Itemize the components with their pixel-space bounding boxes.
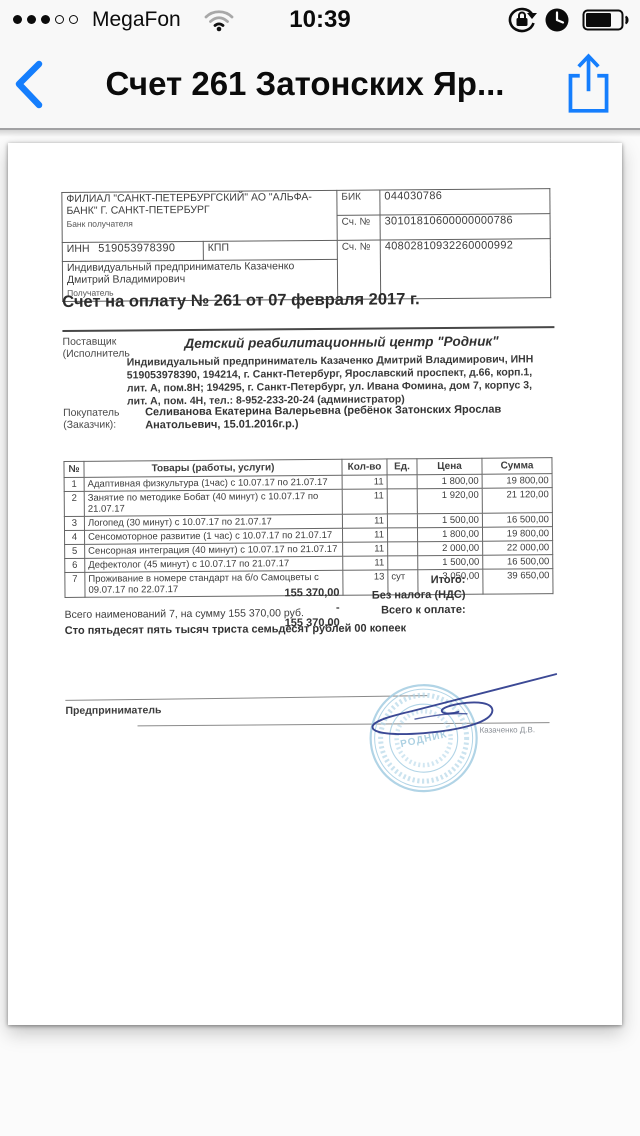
inn-label: ИНН — [67, 243, 90, 255]
table-cell: 1 800,00 — [417, 474, 482, 489]
table-cell: 11 — [343, 542, 388, 556]
col-header: Сумма — [482, 458, 552, 475]
table-cell — [387, 514, 417, 528]
nds-label: Без налога (НДС) — [265, 589, 465, 603]
col-header: Ед. — [387, 459, 417, 475]
table-cell — [387, 475, 417, 489]
table-cell: 11 — [342, 489, 387, 514]
buyer-name: Селиванова Екатерина Валерьевна (ребёнок… — [145, 403, 559, 432]
amount-in-words: Сто пятьдесят пять тысяч триста семьдеся… — [65, 622, 406, 637]
kpp-label: КПП — [203, 240, 337, 260]
phone-screen: MegaFon 10:39 Счет 261 Затонских Я — [0, 0, 640, 1136]
table-cell: 3 — [64, 516, 84, 530]
table-cell: 11 — [342, 514, 387, 528]
back-button[interactable] — [12, 60, 46, 110]
recipient-name: Индивидуальный предприниматель Казаченко… — [67, 261, 333, 286]
share-icon[interactable] — [562, 51, 614, 117]
bank-name-label: Банк получателя — [67, 217, 333, 231]
document-viewer[interactable]: ФИЛИАЛ "САНКТ-ПЕТЕРБУРГСКИЙ" АО "АЛЬФА-Б… — [0, 130, 640, 1136]
page-title: Счет 261 Затонских Яр... — [60, 65, 550, 103]
bank-name: ФИЛИАЛ "САНКТ-ПЕТЕРБУРГСКИЙ" АО "АЛЬФА-Б… — [66, 192, 332, 217]
inn-cell: ИНН 519053978390 — [62, 241, 203, 261]
table-cell: 11 — [342, 528, 387, 542]
bik-value: 044030786 — [380, 189, 550, 215]
corr-account-label: Сч. № — [337, 215, 380, 240]
table-cell: 1 — [64, 477, 84, 491]
status-bar: MegaFon 10:39 — [0, 0, 640, 40]
table-cell: 11 — [343, 556, 388, 570]
table-cell — [387, 489, 417, 514]
table-cell: 1 500,00 — [417, 513, 482, 528]
invoice-title: Счет на оплату № 261 от 07 февраля 2017 … — [62, 290, 420, 312]
table-cell: 19 800,00 — [482, 527, 552, 542]
alarm-clock-icon — [544, 7, 570, 33]
table-cell — [387, 528, 417, 542]
itogo-label: Итого: — [265, 574, 465, 588]
table-cell — [388, 542, 418, 556]
table-cell: 1 500,00 — [418, 555, 483, 570]
navbar-shadow — [0, 130, 640, 137]
table-cell: 5 — [65, 544, 85, 558]
table-row: 2 Занятие по методике Бобат (40 минут) с… — [64, 488, 552, 517]
divider-rule — [62, 326, 554, 332]
supplier-label: Поставщик (Исполнитель — [62, 335, 129, 360]
table-cell: 22 000,00 — [483, 541, 553, 556]
col-header: Кол-во — [342, 459, 387, 475]
navigation-bar: Счет 261 Затонских Яр... — [0, 40, 640, 130]
table-cell: Занятие по методике Бобат (40 минут) с 1… — [84, 489, 342, 516]
invoice-page: ФИЛИАЛ "САНКТ-ПЕТЕРБУРГСКИЙ" АО "АЛЬФА-Б… — [8, 143, 622, 1025]
signer-name: Казаченко Д.В. — [480, 725, 536, 734]
table-cell: 2 000,00 — [418, 541, 483, 556]
table-cell — [388, 556, 418, 570]
corr-account-value: 30101810600000000786 — [380, 214, 550, 240]
bank-name-cell: ФИЛИАЛ "САНКТ-ПЕТЕРБУРГСКИЙ" АО "АЛЬФА-Б… — [62, 190, 337, 242]
table-cell: 1 920,00 — [417, 488, 482, 514]
table-cell: 2 — [64, 491, 84, 516]
table-cell: 19 800,00 — [482, 474, 552, 489]
signer-label: Предприниматель — [65, 704, 161, 717]
table-row: ФИЛИАЛ "САНКТ-ПЕТЕРБУРГСКИЙ" АО "АЛЬФА-Б… — [62, 189, 550, 218]
table-cell: 4 — [64, 530, 84, 544]
supplier-details: Индивидуальный предприниматель Казаченко… — [127, 353, 555, 408]
supplier-name: Детский реабилитационный центр "Родник" — [126, 333, 556, 351]
bik-label: БИК — [337, 190, 380, 215]
table-cell: 11 — [342, 475, 387, 489]
summary-line: Всего наименований 7, на сумму 155 370,0… — [65, 607, 304, 621]
bank-requisites-table: ФИЛИАЛ "САНКТ-ПЕТЕРБУРГСКИЙ" АО "АЛЬФА-Б… — [61, 188, 551, 301]
battery-icon — [582, 9, 630, 31]
table-cell: 6 — [65, 558, 85, 572]
table-cell: 16 500,00 — [483, 555, 553, 570]
col-header: Цена — [417, 458, 482, 475]
table-cell: 21 120,00 — [482, 488, 552, 514]
table-cell: 7 — [65, 572, 85, 597]
col-header: № — [64, 461, 84, 477]
table-cell: 16 500,00 — [482, 513, 552, 528]
table-cell: 1 800,00 — [417, 527, 482, 542]
inn-value: 519053978390 — [98, 242, 175, 255]
orientation-lock-icon — [506, 5, 538, 35]
buyer-label: Покупатель (Заказчик): — [63, 407, 120, 431]
table-row: ИНН 519053978390 КПП Сч. № 4080281093226… — [62, 239, 550, 262]
